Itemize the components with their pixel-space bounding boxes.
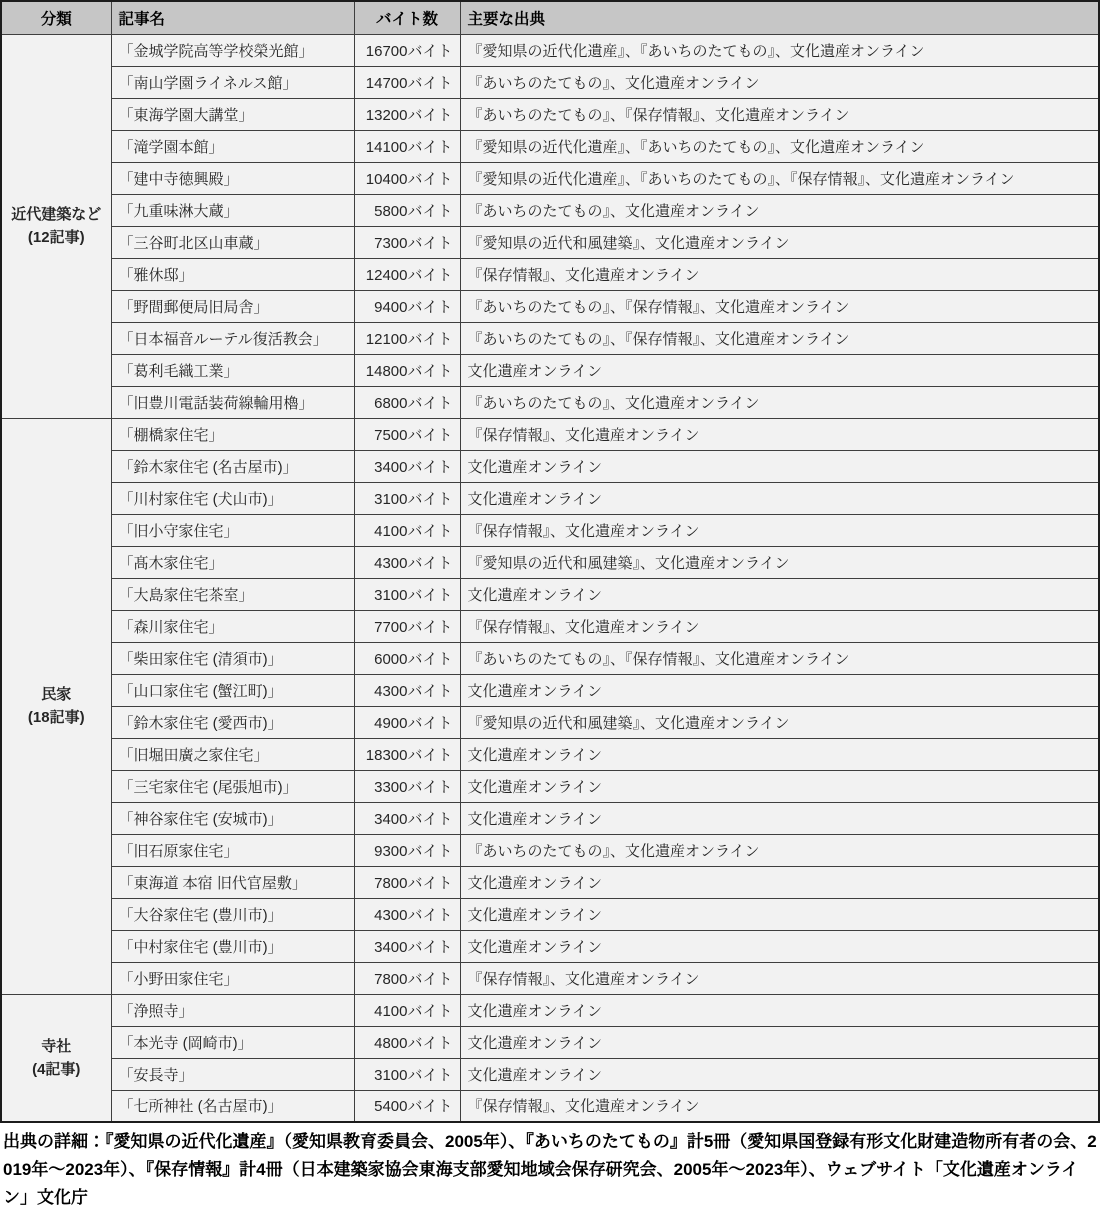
byte-count-cell: 10400バイト (354, 162, 460, 194)
sources-cell: 文化遺産オンライン (460, 770, 1099, 802)
article-name-cell: 「金城学院高等学校榮光館」 (111, 34, 354, 66)
byte-count-cell: 4900バイト (354, 706, 460, 738)
table-row: 近代建築など(12記事)「金城学院高等学校榮光館」16700バイト『愛知県の近代… (1, 34, 1099, 66)
byte-count-cell: 7800バイト (354, 962, 460, 994)
table-row: 「大島家住宅茶室」3100バイト文化遺産オンライン (1, 578, 1099, 610)
article-name-cell: 「本光寺 (岡崎市)」 (111, 1026, 354, 1058)
table-row: 「安長寺」3100バイト文化遺産オンライン (1, 1058, 1099, 1090)
article-name-cell: 「小野田家住宅」 (111, 962, 354, 994)
byte-count-cell: 4300バイト (354, 674, 460, 706)
sources-cell: 文化遺産オンライン (460, 1058, 1099, 1090)
article-name-cell: 「東海学園大講堂」 (111, 98, 354, 130)
table-row: 「野間郵便局旧局舎」9400バイト『あいちのたてもの』、『保存情報』、文化遺産オ… (1, 290, 1099, 322)
byte-count-cell: 5400バイト (354, 1090, 460, 1122)
table-row: 「葛利毛織工業」14800バイト文化遺産オンライン (1, 354, 1099, 386)
article-name-cell: 「南山学園ライネルス館」 (111, 66, 354, 98)
byte-count-cell: 18300バイト (354, 738, 460, 770)
column-header-article-name: 記事名 (111, 1, 354, 34)
table-row: 「滝学園本館」14100バイト『愛知県の近代化遺産』、『あいちのたてもの』、文化… (1, 130, 1099, 162)
table-row: 「建中寺徳興殿」10400バイト『愛知県の近代化遺産』、『あいちのたてもの』、『… (1, 162, 1099, 194)
article-name-cell: 「日本福音ルーテル復活教会」 (111, 322, 354, 354)
byte-count-cell: 7800バイト (354, 866, 460, 898)
table-row: 「南山学園ライネルス館」14700バイト『あいちのたてもの』、文化遺産オンライン (1, 66, 1099, 98)
table-body: 近代建築など(12記事)「金城学院高等学校榮光館」16700バイト『愛知県の近代… (1, 34, 1099, 1122)
sources-cell: 『愛知県の近代化遺産』、『あいちのたてもの』、『保存情報』、文化遺産オンライン (460, 162, 1099, 194)
table-row: 「日本福音ルーテル復活教会」12100バイト『あいちのたてもの』、『保存情報』、… (1, 322, 1099, 354)
article-name-cell: 「旧小守家住宅」 (111, 514, 354, 546)
sources-cell: 文化遺産オンライン (460, 354, 1099, 386)
table-row: 「旧石原家住宅」9300バイト『あいちのたてもの』、文化遺産オンライン (1, 834, 1099, 866)
article-name-cell: 「中村家住宅 (豊川市)」 (111, 930, 354, 962)
category-count: (4記事) (9, 1058, 104, 1081)
byte-count-cell: 4100バイト (354, 514, 460, 546)
table-row: 「髙木家住宅」4300バイト『愛知県の近代和風建築』、文化遺産オンライン (1, 546, 1099, 578)
sources-cell: 『愛知県の近代和風建築』、文化遺産オンライン (460, 226, 1099, 258)
table-row: 「九重味淋大蔵」5800バイト『あいちのたてもの』、文化遺産オンライン (1, 194, 1099, 226)
table-row: 「鈴木家住宅 (愛西市)」4900バイト『愛知県の近代和風建築』、文化遺産オンラ… (1, 706, 1099, 738)
category-cell: 寺社(4記事) (1, 994, 111, 1122)
sources-cell: 『保存情報』、文化遺産オンライン (460, 258, 1099, 290)
column-header-main-sources: 主要な出典 (460, 1, 1099, 34)
article-name-cell: 「三宅家住宅 (尾張旭市)」 (111, 770, 354, 802)
article-name-cell: 「野間郵便局旧局舎」 (111, 290, 354, 322)
category-cell: 民家(18記事) (1, 418, 111, 994)
table-row: 「中村家住宅 (豊川市)」3400バイト文化遺産オンライン (1, 930, 1099, 962)
table-row: 「森川家住宅」7700バイト『保存情報』、文化遺産オンライン (1, 610, 1099, 642)
byte-count-cell: 6000バイト (354, 642, 460, 674)
article-name-cell: 「旧石原家住宅」 (111, 834, 354, 866)
sources-cell: 文化遺産オンライン (460, 898, 1099, 930)
byte-count-cell: 14100バイト (354, 130, 460, 162)
sources-cell: 文化遺産オンライン (460, 450, 1099, 482)
byte-count-cell: 12100バイト (354, 322, 460, 354)
byte-count-cell: 4300バイト (354, 546, 460, 578)
sources-cell: 『愛知県の近代化遺産』、『あいちのたてもの』、文化遺産オンライン (460, 130, 1099, 162)
table-row: 寺社(4記事)「浄照寺」4100バイト文化遺産オンライン (1, 994, 1099, 1026)
category-label: 民家 (9, 683, 104, 706)
table-header-row: 分類 記事名 バイト数 主要な出典 (1, 1, 1099, 34)
table-row: 「七所神社 (名古屋市)」5400バイト『保存情報』、文化遺産オンライン (1, 1090, 1099, 1122)
article-name-cell: 「安長寺」 (111, 1058, 354, 1090)
sources-cell: 『あいちのたてもの』、文化遺産オンライン (460, 386, 1099, 418)
byte-count-cell: 4300バイト (354, 898, 460, 930)
byte-count-cell: 3300バイト (354, 770, 460, 802)
page: 分類 記事名 バイト数 主要な出典 近代建築など(12記事)「金城学院高等学校榮… (0, 0, 1100, 1218)
byte-count-cell: 3100バイト (354, 482, 460, 514)
sources-cell: 『あいちのたてもの』、『保存情報』、文化遺産オンライン (460, 642, 1099, 674)
article-name-cell: 「鈴木家住宅 (愛西市)」 (111, 706, 354, 738)
sources-cell: 文化遺産オンライン (460, 482, 1099, 514)
byte-count-cell: 5800バイト (354, 194, 460, 226)
table-row: 「旧豊川電話装荷線輪用櫓」6800バイト『あいちのたてもの』、文化遺産オンライン (1, 386, 1099, 418)
byte-count-cell: 6800バイト (354, 386, 460, 418)
sources-cell: 文化遺産オンライン (460, 674, 1099, 706)
article-name-cell: 「川村家住宅 (犬山市)」 (111, 482, 354, 514)
byte-count-cell: 3400バイト (354, 930, 460, 962)
sources-cell: 『あいちのたてもの』、文化遺産オンライン (460, 194, 1099, 226)
table-row: 「旧堀田廣之家住宅」18300バイト文化遺産オンライン (1, 738, 1099, 770)
table-row: 「三宅家住宅 (尾張旭市)」3300バイト文化遺産オンライン (1, 770, 1099, 802)
table-row: 「東海道 本宿 旧代官屋敷」7800バイト文化遺産オンライン (1, 866, 1099, 898)
byte-count-cell: 7700バイト (354, 610, 460, 642)
byte-count-cell: 14700バイト (354, 66, 460, 98)
category-label: 寺社 (9, 1035, 104, 1058)
sources-cell: 文化遺産オンライン (460, 994, 1099, 1026)
byte-count-cell: 14800バイト (354, 354, 460, 386)
byte-count-cell: 4800バイト (354, 1026, 460, 1058)
byte-count-cell: 3400バイト (354, 802, 460, 834)
sources-cell: 文化遺産オンライン (460, 802, 1099, 834)
sources-cell: 文化遺産オンライン (460, 930, 1099, 962)
table-row: 「鈴木家住宅 (名古屋市)」3400バイト文化遺産オンライン (1, 450, 1099, 482)
articles-table: 分類 記事名 バイト数 主要な出典 近代建築など(12記事)「金城学院高等学校榮… (0, 0, 1100, 1123)
sources-cell: 『愛知県の近代和風建築』、文化遺産オンライン (460, 546, 1099, 578)
article-name-cell: 「葛利毛織工業」 (111, 354, 354, 386)
byte-count-cell: 7500バイト (354, 418, 460, 450)
source-detail-note: 出典の詳細：『愛知県の近代化遺産』（愛知県教育委員会、2005年）、『あいちのた… (0, 1123, 1100, 1218)
article-name-cell: 「大島家住宅茶室」 (111, 578, 354, 610)
article-name-cell: 「棚橋家住宅」 (111, 418, 354, 450)
sources-cell: 『保存情報』、文化遺産オンライン (460, 1090, 1099, 1122)
byte-count-cell: 13200バイト (354, 98, 460, 130)
table-row: 「本光寺 (岡崎市)」4800バイト文化遺産オンライン (1, 1026, 1099, 1058)
sources-cell: 『あいちのたてもの』、文化遺産オンライン (460, 834, 1099, 866)
article-name-cell: 「滝学園本館」 (111, 130, 354, 162)
article-name-cell: 「森川家住宅」 (111, 610, 354, 642)
byte-count-cell: 3400バイト (354, 450, 460, 482)
table-row: 「東海学園大講堂」13200バイト『あいちのたてもの』、『保存情報』、文化遺産オ… (1, 98, 1099, 130)
table-row: 「柴田家住宅 (清須市)」6000バイト『あいちのたてもの』、『保存情報』、文化… (1, 642, 1099, 674)
table-row: 「三谷町北区山車蔵」7300バイト『愛知県の近代和風建築』、文化遺産オンライン (1, 226, 1099, 258)
sources-cell: 『あいちのたてもの』、『保存情報』、文化遺産オンライン (460, 98, 1099, 130)
category-count: (12記事) (9, 226, 104, 249)
category-count: (18記事) (9, 706, 104, 729)
byte-count-cell: 3100バイト (354, 578, 460, 610)
article-name-cell: 「神谷家住宅 (安城市)」 (111, 802, 354, 834)
article-name-cell: 「山口家住宅 (蟹江町)」 (111, 674, 354, 706)
category-label: 近代建築など (9, 203, 104, 226)
article-name-cell: 「七所神社 (名古屋市)」 (111, 1090, 354, 1122)
article-name-cell: 「旧豊川電話装荷線輪用櫓」 (111, 386, 354, 418)
byte-count-cell: 4100バイト (354, 994, 460, 1026)
sources-cell: 『愛知県の近代和風建築』、文化遺産オンライン (460, 706, 1099, 738)
column-header-byte-count: バイト数 (354, 1, 460, 34)
sources-cell: 『あいちのたてもの』、『保存情報』、文化遺産オンライン (460, 290, 1099, 322)
article-name-cell: 「柴田家住宅 (清須市)」 (111, 642, 354, 674)
article-name-cell: 「大谷家住宅 (豊川市)」 (111, 898, 354, 930)
table-row: 「山口家住宅 (蟹江町)」4300バイト文化遺産オンライン (1, 674, 1099, 706)
byte-count-cell: 9400バイト (354, 290, 460, 322)
sources-cell: 『愛知県の近代化遺産』、『あいちのたてもの』、文化遺産オンライン (460, 34, 1099, 66)
byte-count-cell: 9300バイト (354, 834, 460, 866)
sources-cell: 文化遺産オンライン (460, 1026, 1099, 1058)
table-row: 「小野田家住宅」7800バイト『保存情報』、文化遺産オンライン (1, 962, 1099, 994)
article-name-cell: 「東海道 本宿 旧代官屋敷」 (111, 866, 354, 898)
sources-cell: 『保存情報』、文化遺産オンライン (460, 514, 1099, 546)
article-name-cell: 「髙木家住宅」 (111, 546, 354, 578)
byte-count-cell: 12400バイト (354, 258, 460, 290)
sources-cell: 文化遺産オンライン (460, 738, 1099, 770)
column-header-category: 分類 (1, 1, 111, 34)
article-name-cell: 「建中寺徳興殿」 (111, 162, 354, 194)
table-row: 「大谷家住宅 (豊川市)」4300バイト文化遺産オンライン (1, 898, 1099, 930)
sources-cell: 『あいちのたてもの』、『保存情報』、文化遺産オンライン (460, 322, 1099, 354)
sources-cell: 文化遺産オンライン (460, 866, 1099, 898)
table-row: 「雅休邸」12400バイト『保存情報』、文化遺産オンライン (1, 258, 1099, 290)
sources-cell: 『あいちのたてもの』、文化遺産オンライン (460, 66, 1099, 98)
category-cell: 近代建築など(12記事) (1, 34, 111, 418)
sources-cell: 文化遺産オンライン (460, 578, 1099, 610)
table-row: 「川村家住宅 (犬山市)」3100バイト文化遺産オンライン (1, 482, 1099, 514)
table-row: 「神谷家住宅 (安城市)」3400バイト文化遺産オンライン (1, 802, 1099, 834)
sources-cell: 『保存情報』、文化遺産オンライン (460, 610, 1099, 642)
article-name-cell: 「旧堀田廣之家住宅」 (111, 738, 354, 770)
article-name-cell: 「九重味淋大蔵」 (111, 194, 354, 226)
sources-cell: 『保存情報』、文化遺産オンライン (460, 418, 1099, 450)
article-name-cell: 「浄照寺」 (111, 994, 354, 1026)
sources-cell: 『保存情報』、文化遺産オンライン (460, 962, 1099, 994)
table-row: 「旧小守家住宅」4100バイト『保存情報』、文化遺産オンライン (1, 514, 1099, 546)
table-row: 民家(18記事)「棚橋家住宅」7500バイト『保存情報』、文化遺産オンライン (1, 418, 1099, 450)
byte-count-cell: 16700バイト (354, 34, 460, 66)
byte-count-cell: 7300バイト (354, 226, 460, 258)
article-name-cell: 「鈴木家住宅 (名古屋市)」 (111, 450, 354, 482)
article-name-cell: 「三谷町北区山車蔵」 (111, 226, 354, 258)
article-name-cell: 「雅休邸」 (111, 258, 354, 290)
byte-count-cell: 3100バイト (354, 1058, 460, 1090)
